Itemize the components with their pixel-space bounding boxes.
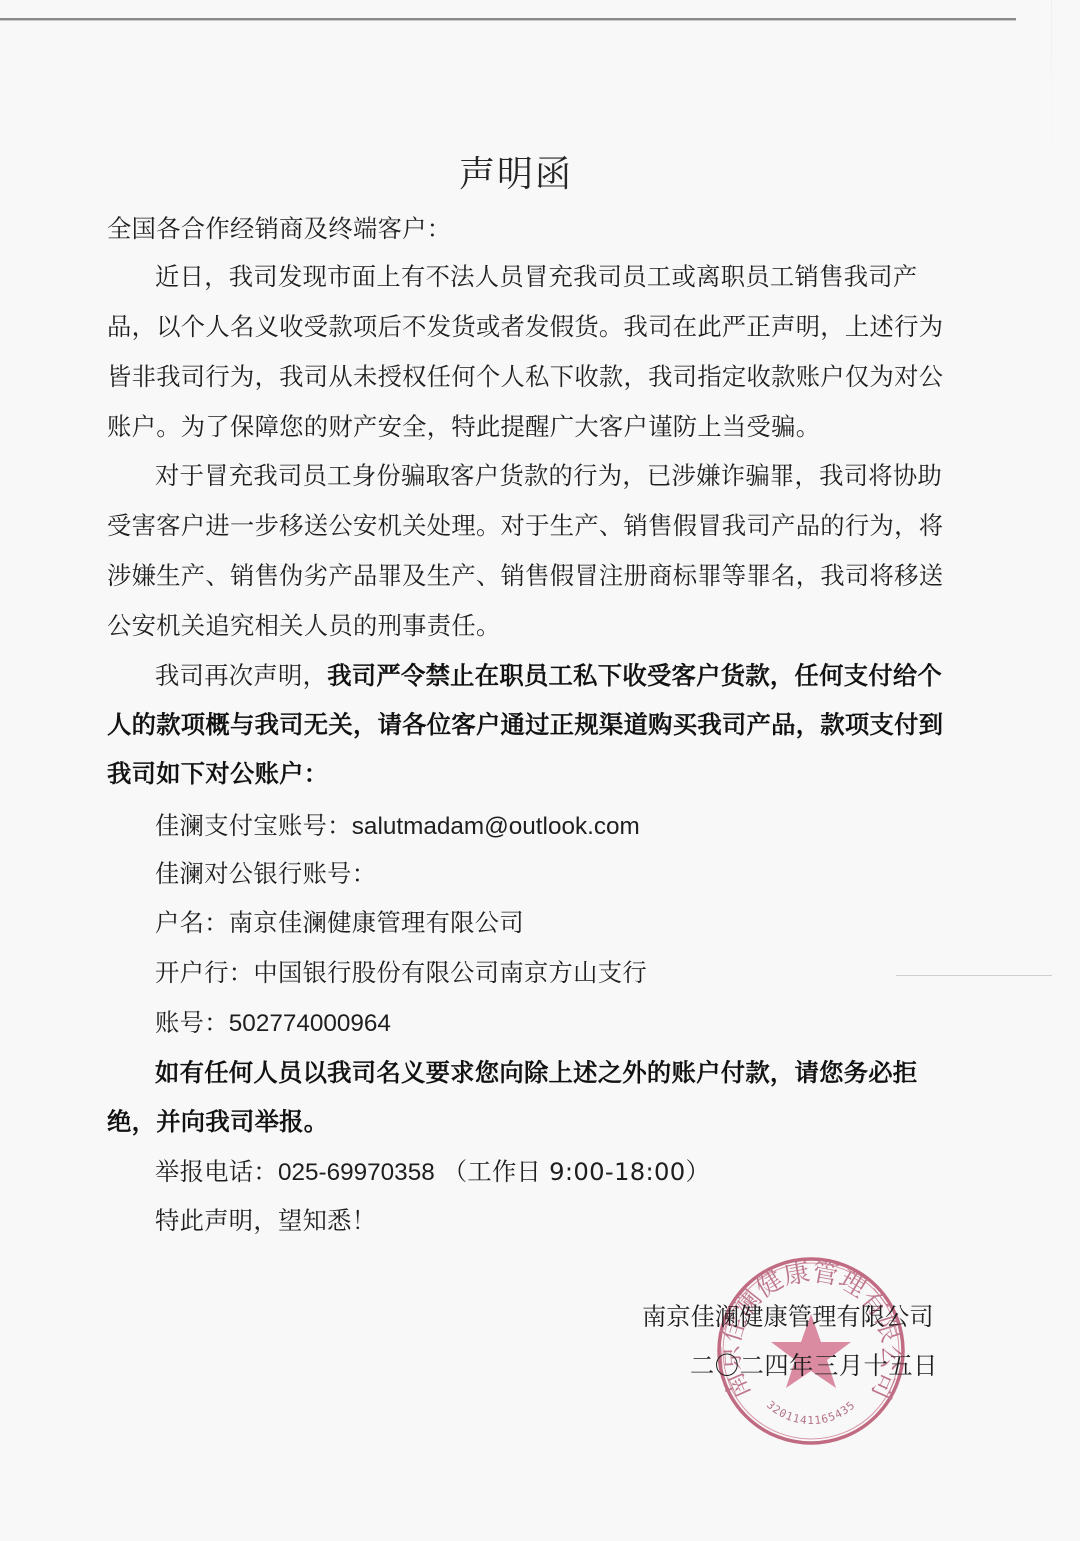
hotline-label: 举报电话： — [155, 1157, 278, 1186]
page-edge-shadow — [1051, 0, 1052, 180]
bank-account-heading: 佳澜对公银行账号： — [155, 859, 376, 889]
paragraph3-emphasis: 我司严令禁止在职员工私下收受客户货款，任何支付给个 — [327, 661, 942, 690]
paragraph2-line: 受害客户进一步移送公安机关处理。对于生产、销售假冒我司产品的行为，将 — [107, 511, 943, 541]
paragraph1-line: 近日，我司发现市面上有不法人员冒充我司员工或离职员工销售我司产 — [155, 262, 918, 292]
signature-company: 南京佳澜健康管理有限公司 — [642, 1302, 934, 1332]
number-value: 502774000964 — [229, 1010, 391, 1037]
closing-remark: 特此声明，望知悉！ — [155, 1206, 376, 1236]
paragraph3-line: 我司再次声明，我司严令禁止在职员工私下收受客户货款，任何支付给个 — [155, 661, 942, 691]
paragraph3-lead: 我司再次声明， — [155, 661, 327, 690]
number-label: 账号： — [155, 1008, 229, 1037]
alipay-email: salutmadam@outlook.com — [352, 813, 640, 840]
holder-value: 南京佳澜健康管理有限公司 — [229, 908, 524, 937]
paragraph1-line: 账户。为了保障您的财产安全，特此提醒广大客户谨防上当受骗。 — [107, 412, 820, 442]
account-number: 账号：502774000964 — [155, 1008, 391, 1039]
paragraph3-emphasis-line: 我司如下对公账户： — [107, 759, 328, 789]
report-hotline: 举报电话：025-69970358 （工作日 9:00-18:00） — [155, 1157, 710, 1188]
alipay-account: 佳澜支付宝账号：salutmadam@outlook.com — [155, 811, 640, 842]
stamp-serial: 3201141165435 — [764, 1398, 858, 1427]
paragraph2-line: 对于冒充我司员工身份骗取客户货款的行为，已涉嫌诈骗罪，我司将协助 — [155, 461, 942, 491]
paragraph1-line: 品，以个人名义收受款项后不发货或者发假货。我司在此严正声明，上述行为 — [107, 312, 943, 342]
margin-line — [896, 975, 1052, 976]
document-title: 声明函 — [0, 146, 1032, 197]
salutation: 全国各合作经销商及终端客户： — [107, 214, 451, 244]
branch-value: 中国银行股份有限公司南京方山支行 — [253, 958, 647, 987]
hotline-number: 025-69970358 — [278, 1159, 435, 1186]
alipay-label: 佳澜支付宝账号： — [155, 811, 352, 840]
paragraph3-emphasis-line: 人的款项概与我司无关，请各位客户通过正规渠道购买我司产品，款项支付到 — [107, 710, 943, 740]
paragraph2-line: 公安机关追究相关人员的刑事责任。 — [107, 611, 501, 641]
branch-label: 开户行： — [155, 958, 253, 987]
paragraph1-line: 皆非我司行为，我司从未授权任何个人私下收款，我司指定收款账户仅为对公 — [107, 362, 943, 392]
bank-branch: 开户行：中国银行股份有限公司南京方山支行 — [155, 958, 647, 988]
paragraph4-line: 绝，并向我司举报。 — [107, 1107, 328, 1137]
holder-label: 户名： — [155, 908, 229, 937]
hotline-hours: （工作日 9:00-18:00） — [443, 1157, 710, 1186]
top-divider-line — [0, 18, 1016, 20]
paragraph4-line: 如有任何人员以我司名义要求您向除上述之外的账户付款，请您务必拒 — [155, 1058, 918, 1088]
paragraph2-line: 涉嫌生产、销售伪劣产品罪及生产、销售假冒注册商标罪等罪名，我司将移送 — [107, 561, 943, 591]
signature-date: 二〇二四年三月十五日 — [690, 1351, 938, 1381]
account-holder: 户名：南京佳澜健康管理有限公司 — [155, 908, 524, 938]
